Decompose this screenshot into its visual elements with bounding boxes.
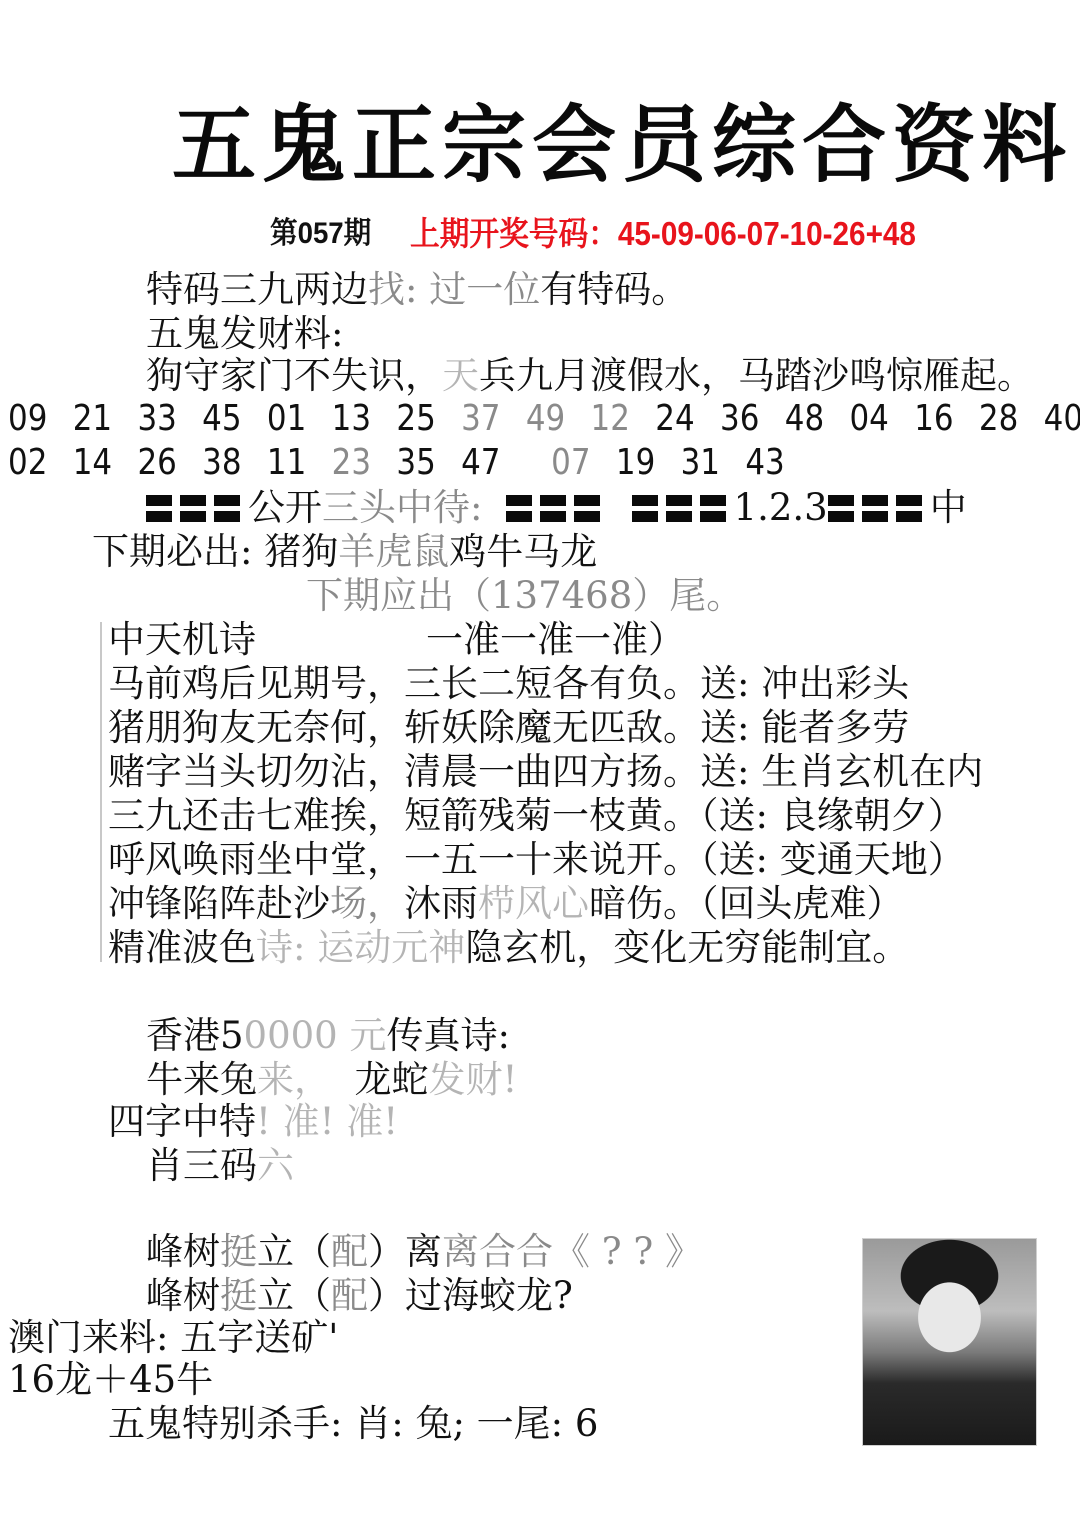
zodiac-list-faded: 羊虎鼠 xyxy=(338,530,449,573)
three-heads-text: 公开 xyxy=(248,486,322,529)
poem-line-4: 三九还击七难挨，短箭残菊一枝黄。（送: 良缘朝夕） xyxy=(108,794,965,838)
fengshu-line-2: 峰树挺立（配）过海蛟龙? xyxy=(146,1274,573,1318)
poem-title: 中天机诗一准一准一准） xyxy=(108,618,685,662)
number: 09 xyxy=(8,398,47,439)
number: 36 xyxy=(720,398,759,439)
number: 40 xyxy=(1044,398,1080,439)
poem-line-6: 冲锋陷阵赴沙场，沐雨栉风心暗伤。（回头虎难） xyxy=(108,882,904,926)
number-row-2: 02 14 26 38 11 23 35 47 07 19 31 43 xyxy=(8,442,785,483)
fax-text-faded: 六 xyxy=(257,1144,294,1187)
number: 12 xyxy=(591,398,630,439)
last-draw: 上期开奖号码：45-09-06-07-10-26+48 xyxy=(410,208,916,255)
fax-text-faded: ! 准! 准! xyxy=(256,1100,398,1143)
hk-fax-line-3: 四字中特! 准! 准! xyxy=(108,1100,398,1144)
number: 13 xyxy=(332,398,371,439)
poem-text: 冲锋陷阵赴沙 xyxy=(108,882,330,925)
fax-text-faded: 发财! xyxy=(429,1058,518,1101)
number: 38 xyxy=(202,442,241,483)
number: 37 xyxy=(461,398,500,439)
number: 43 xyxy=(745,442,784,483)
hint-text: 特码三九两边 xyxy=(146,268,368,311)
number: 45 xyxy=(202,398,241,439)
next-issue-must: 下期必出: 猪狗羊虎鼠鸡牛马龙 xyxy=(92,530,597,574)
number: 21 xyxy=(73,398,112,439)
poem-text: 隐玄机，变化无穷能制宜。 xyxy=(465,926,909,969)
fax-text: 牛来兔 xyxy=(146,1058,257,1101)
special-code-hint: 特码三九两边找: 过一位有特码。 xyxy=(146,268,688,312)
number: 04 xyxy=(849,398,888,439)
macau-line-1: 澳门来料: 五字送矿' xyxy=(8,1316,338,1360)
three-heads-text-faded: 三头中待: xyxy=(322,486,482,529)
wugui-label: 五鬼发财料: xyxy=(146,312,343,356)
redacted-block-icon xyxy=(146,495,172,522)
number: 31 xyxy=(681,442,720,483)
last-draw-numbers: 45-09-06-07-10-26+48 xyxy=(618,215,916,252)
poem-title-text: 中天机诗 xyxy=(108,618,256,661)
number: 28 xyxy=(979,398,1018,439)
fengshu-text: 峰树 xyxy=(146,1274,220,1317)
wugui-poem: 狗守家门不失识，天兵九月渡假水，马踏沙鸣惊雁起。 xyxy=(146,354,1034,398)
poem-text-faded: 天 xyxy=(442,354,479,397)
fax-text: 香港5 xyxy=(146,1014,244,1057)
redacted-block-icon xyxy=(700,495,726,522)
fengshu-text-faded: 挺 xyxy=(220,1274,257,1317)
three-heads-numbers: 1.2.3 xyxy=(734,486,828,529)
zodiac-list: 猪狗 xyxy=(264,530,338,573)
number: 47 xyxy=(461,442,500,483)
fengshu-text-faded: 配 xyxy=(331,1230,368,1273)
poem-line-5: 呼风唤雨坐中堂，一五一十来说开。（送: 变通天地） xyxy=(108,838,965,882)
poem-text-faded: 诗: 运动元神 xyxy=(256,926,465,969)
redacted-block-icon xyxy=(180,495,206,522)
three-heads-line: 公开三头中待: 1.2.3中 xyxy=(146,486,967,530)
number: 01 xyxy=(267,398,306,439)
three-heads-end: 中 xyxy=(930,486,967,529)
number: 25 xyxy=(396,398,435,439)
number: 33 xyxy=(137,398,176,439)
fengshu-text-faded: 离合合《 ? ? 》 xyxy=(442,1230,702,1273)
number: 35 xyxy=(396,442,435,483)
number: 24 xyxy=(655,398,694,439)
fax-text: 龙蛇 xyxy=(355,1058,429,1101)
poem-line-7: 精准波色诗: 运动元神隐玄机，变化无穷能制宜。 xyxy=(108,926,909,970)
number: 11 xyxy=(267,442,306,483)
fengshu-text: ）离 xyxy=(368,1230,442,1273)
fax-text-faded: 来， xyxy=(257,1058,331,1101)
hk-fax-title: 香港50000 元传真诗: xyxy=(146,1014,510,1058)
number: 26 xyxy=(137,442,176,483)
fengshu-text-faded: 配 xyxy=(331,1274,368,1317)
redacted-block-icon xyxy=(666,495,692,522)
poem-text: 狗守家门不失识， xyxy=(146,354,442,397)
poem-text-faded: 栉风心 xyxy=(478,882,589,925)
redacted-block-icon xyxy=(862,495,888,522)
hint-text-faded: 找: 过一位 xyxy=(368,268,540,311)
poem-line-3: 赌字当头切勿沾，清晨一曲四方扬。送: 生肖玄机在内 xyxy=(108,750,983,794)
number: 19 xyxy=(616,442,655,483)
hint-text: 有特码。 xyxy=(540,268,688,311)
next-issue-tail: 下期应出（137468）尾。 xyxy=(306,574,743,618)
poem-title-suffix: 一准一准一准） xyxy=(426,618,685,661)
hk-fax-line-2: 牛来兔来， 龙蛇发财! xyxy=(146,1058,517,1102)
fengshu-line-1: 峰树挺立（配）离离合合《 ? ? 》 xyxy=(146,1230,702,1274)
hk-fax-line-4: 肖三码六 xyxy=(146,1144,294,1188)
fax-text-faded: 0000 元 xyxy=(244,1014,387,1057)
issue-number: 第057期 xyxy=(270,208,371,252)
number: 07 xyxy=(551,442,590,483)
number: 16 xyxy=(914,398,953,439)
number-row-1: 09 21 33 45 01 13 25 37 49 12 24 36 48 0… xyxy=(8,398,1080,439)
number: 23 xyxy=(332,442,371,483)
portrait-photo xyxy=(862,1238,1037,1446)
poem-line-1: 马前鸡后见期号，三长二短各有负。送: 冲出彩头 xyxy=(108,662,909,706)
redacted-block-icon xyxy=(574,495,600,522)
must-label: 下期必出: xyxy=(92,530,264,573)
last-draw-label: 上期开奖号码： xyxy=(410,215,618,252)
redacted-block-icon xyxy=(632,495,658,522)
number: 14 xyxy=(73,442,112,483)
fengshu-text: 立（ xyxy=(257,1230,331,1273)
redacted-block-icon xyxy=(506,495,532,522)
poem-line-2: 猪朋狗友无奈何，斩妖除魔无匹敌。送: 能者多劳 xyxy=(108,706,909,750)
redacted-block-icon xyxy=(214,495,240,522)
fengshu-text: 立（ xyxy=(257,1274,331,1317)
page-title: 五鬼正宗会员综合资料 xyxy=(172,78,1072,199)
fax-text: 四字中特 xyxy=(108,1100,256,1143)
poem-text: 暗伤。（回头虎难） xyxy=(589,882,904,925)
redacted-block-icon xyxy=(540,495,566,522)
number: 49 xyxy=(526,398,565,439)
number: 48 xyxy=(785,398,824,439)
redacted-block-icon xyxy=(828,495,854,522)
fengshu-text-faded: 挺 xyxy=(220,1230,257,1273)
redacted-block-icon xyxy=(896,495,922,522)
fengshu-text: ）过海蛟龙? xyxy=(368,1274,573,1317)
fengshu-text: 峰树 xyxy=(146,1230,220,1273)
left-edge-mark xyxy=(100,622,102,962)
fax-text: 传真诗: xyxy=(386,1014,509,1057)
poem-text: 兵九月渡假水，马踏沙鸣惊雁起。 xyxy=(479,354,1034,397)
macau-line-2: 16龙＋45牛 xyxy=(8,1358,213,1402)
zodiac-list: 鸡牛马龙 xyxy=(449,530,597,573)
poem-text: 精准波色 xyxy=(108,926,256,969)
fax-text: 肖三码 xyxy=(146,1144,257,1187)
poem-text-faded: 场， xyxy=(330,882,404,925)
special-killer: 五鬼特别杀手: 肖: 兔; 一尾: 6 xyxy=(108,1402,598,1446)
number: 02 xyxy=(8,442,47,483)
poem-text: 沐雨 xyxy=(404,882,478,925)
